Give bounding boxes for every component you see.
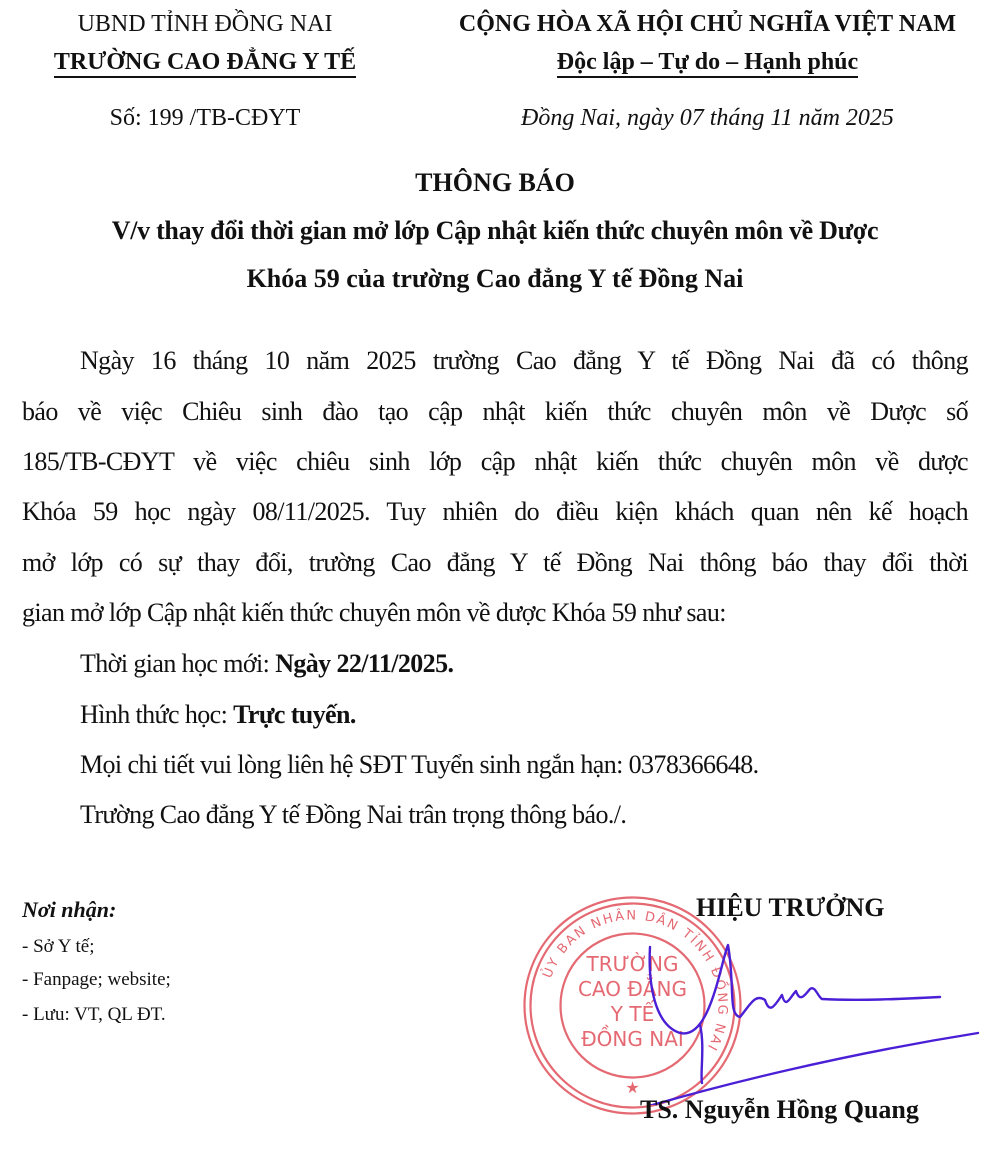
closing-line: Trường Cao đẳng Y tế Đồng Nai trân trọng… [80, 799, 626, 831]
new-time-label: Thời gian học mới: [80, 649, 275, 678]
contact-line: Mọi chi tiết vui lòng liên hệ SĐT Tuyển … [80, 749, 759, 781]
recipients-title: Nơi nhận: [22, 897, 116, 923]
organization-name-text: TRƯỜNG CAO ĐẲNG Y TẾ [54, 49, 356, 78]
format-item: Hình thức học: Trực tuyến. [80, 699, 356, 731]
new-time-item: Thời gian học mới: Ngày 22/11/2025. [80, 648, 453, 680]
recipient-item: - Sở Y tế; [22, 935, 95, 959]
body-line: mở lớp có sự thay đổi, trường Cao đẳng Y… [22, 547, 968, 579]
format-label: Hình thức học: [80, 700, 233, 729]
handwritten-signature-icon [640, 925, 980, 1105]
document-type-title: THÔNG BÁO [0, 168, 990, 198]
svg-text:★: ★ [625, 1078, 639, 1097]
format-value: Trực tuyến. [233, 700, 356, 729]
body-line: gian mở lớp Cập nhật kiến thức chuyên mô… [22, 597, 968, 629]
national-motto-text: Độc lập – Tự do – Hạnh phúc [557, 49, 858, 78]
document-number: Số: 199 /TB-CĐYT [40, 102, 370, 134]
national-title: CỘNG HÒA XÃ HỘI CHỦ NGHĨA VIỆT NAM [435, 8, 980, 40]
subject-line-2: Khóa 59 của trường Cao đẳng Y tế Đồng Na… [0, 264, 990, 294]
subject-line-1: V/v thay đổi thời gian mở lớp Cập nhật k… [0, 216, 990, 246]
issuing-authority: UBND TỈNH ĐỒNG NAI [40, 8, 370, 40]
national-motto: Độc lập – Tự do – Hạnh phúc [435, 46, 980, 78]
signer-name: TS. Nguyễn Hồng Quang [640, 1095, 919, 1125]
body-line: báo về việc Chiêu sinh đào tạo cập nhật … [22, 396, 968, 428]
body-line: Khóa 59 học ngày 08/11/2025. Tuy nhiên d… [22, 496, 968, 528]
recipient-item: - Lưu: VT, QL ĐT. [22, 1003, 166, 1027]
new-time-value: Ngày 22/11/2025. [275, 649, 453, 678]
organization-name: TRƯỜNG CAO ĐẲNG Y TẾ [40, 46, 370, 78]
body-line: 185/TB-CĐYT về việc chiêu sinh lớp cập n… [22, 446, 968, 478]
recipient-item: - Fanpage; website; [22, 968, 171, 992]
body-line: Ngày 16 tháng 10 năm 2025 trường Cao đẳn… [80, 345, 968, 377]
place-date: Đồng Nai, ngày 07 tháng 11 năm 2025 [435, 102, 980, 134]
